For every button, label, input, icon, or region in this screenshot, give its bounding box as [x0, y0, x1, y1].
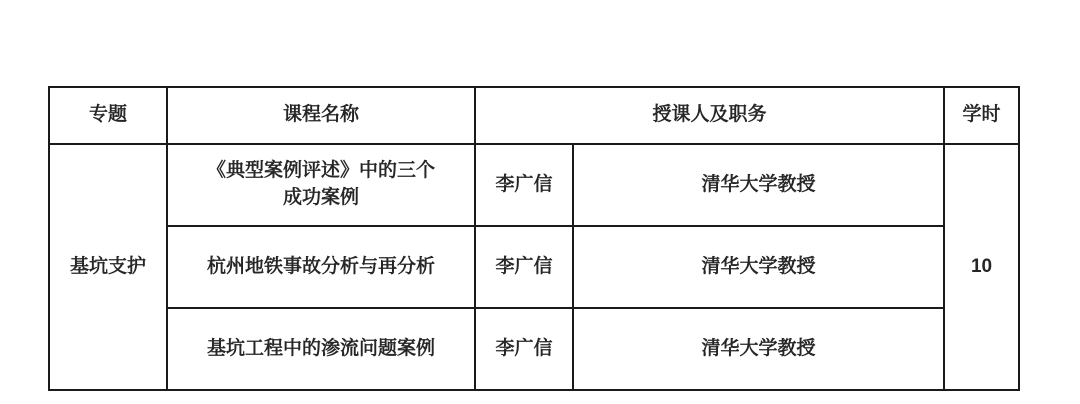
cell-total-hours: 10: [944, 144, 1019, 390]
cell-course-name: 《典型案例评述》中的三个 成功案例: [167, 144, 475, 226]
header-lecturer-and-title: 授课人及职务: [475, 87, 944, 144]
cell-lecturer-title: 清华大学教授: [573, 226, 944, 308]
cell-course-name: 基坑工程中的渗流问题案例: [167, 308, 475, 390]
cell-lecturer-title: 清华大学教授: [573, 144, 944, 226]
header-course-name: 课程名称: [167, 87, 475, 144]
table-row: 基坑支护 《典型案例评述》中的三个 成功案例 李广信 清华大学教授 10: [49, 144, 1019, 226]
cell-lecturer-name: 李广信: [475, 144, 573, 226]
header-class-hours: 学时: [944, 87, 1019, 144]
cell-course-name: 杭州地铁事故分析与再分析: [167, 226, 475, 308]
table-header-row: 专题 课程名称 授课人及职务 学时: [49, 87, 1019, 144]
cell-lecturer-title: 清华大学教授: [573, 308, 944, 390]
table-row: 杭州地铁事故分析与再分析 李广信 清华大学教授: [49, 226, 1019, 308]
page: 专题 课程名称 授课人及职务 学时 基坑支护 《典型案例评述》中的三个 成功案例…: [0, 0, 1080, 404]
course-schedule-table: 专题 课程名称 授课人及职务 学时 基坑支护 《典型案例评述》中的三个 成功案例…: [48, 86, 1020, 391]
table-row: 基坑工程中的渗流问题案例 李广信 清华大学教授: [49, 308, 1019, 390]
cell-lecturer-name: 李广信: [475, 308, 573, 390]
header-topic: 专题: [49, 87, 167, 144]
cell-lecturer-name: 李广信: [475, 226, 573, 308]
cell-topic-group: 基坑支护: [49, 144, 167, 390]
